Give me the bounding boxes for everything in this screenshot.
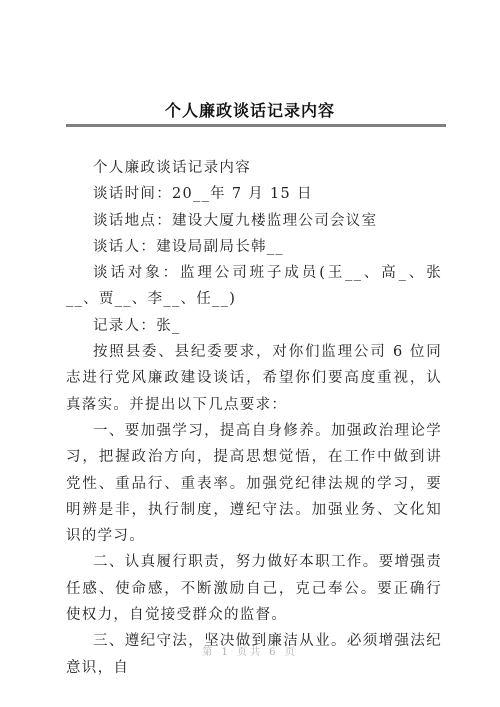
document-title: 个人廉政谈话记录内容 xyxy=(0,98,500,121)
page-footer: 第 1 页共 6 页 xyxy=(0,643,500,658)
paragraph-time: 谈话时间：20__年 7 月 15 日 xyxy=(66,181,442,207)
paragraph-location: 谈话地点：建设大厦九楼监理公司会议室 xyxy=(66,208,442,234)
paragraph-speaker: 谈话人：建设局副局长韩__ xyxy=(66,234,442,260)
paragraph-subjects: 谈话对象：监理公司班子成员(王__、高_、张__、贾__、李__、任__) xyxy=(66,260,442,313)
paragraph-point-2: 二、认真履行职责，努力做好本职工作。要增强责任感、使命感，不断激励自己，克己奉公… xyxy=(66,549,442,628)
paragraph-point-1: 一、要加强学习，提高自身修养。加强政治理论学习，把握政治方向，提高思想觉悟，在工… xyxy=(66,418,442,549)
document-body: 个人廉政谈话记录内容 谈话时间：20__年 7 月 15 日 谈话地点：建设大厦… xyxy=(66,155,442,681)
paragraph-recorder: 记录人：张_ xyxy=(66,313,442,339)
title-divider xyxy=(66,124,446,127)
paragraph-intro: 按照县委、县纪委要求，对你们监理公司 6 位同志进行党风廉政建设谈话，希望你们要… xyxy=(66,339,442,418)
paragraph-heading: 个人廉政谈话记录内容 xyxy=(66,155,442,181)
